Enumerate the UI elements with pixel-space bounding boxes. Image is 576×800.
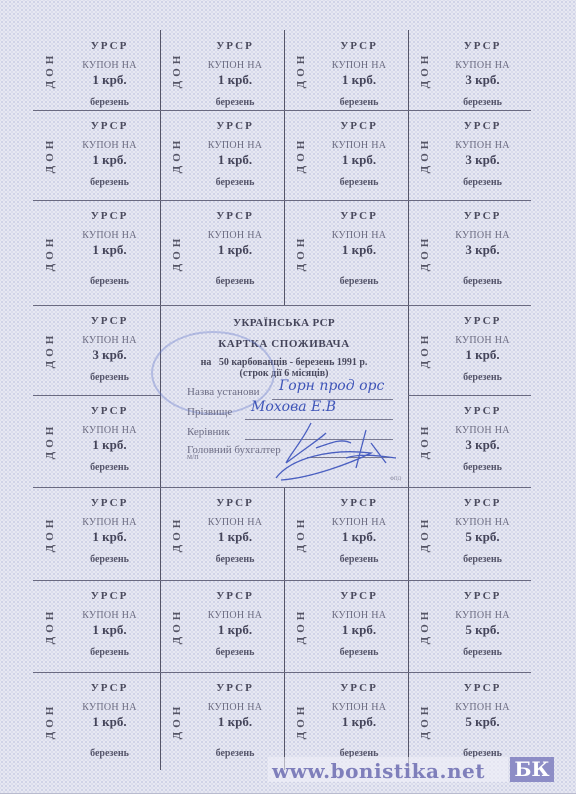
coupon-header: УРСР <box>314 590 404 602</box>
coupon-side-label: ДОН <box>419 218 431 288</box>
coupon-label: КУПОН НА <box>190 610 280 621</box>
coupon-amount: 1 крб. <box>314 622 404 638</box>
coupon-label: КУПОН НА <box>314 517 404 528</box>
coupon-header: УРСР <box>314 210 404 222</box>
coupon-amount: 1 крб. <box>63 152 156 168</box>
coupon: ДОНУРСРКУПОН НА1 крб.березень <box>41 110 160 200</box>
coupon-side-label: ДОН <box>419 499 431 569</box>
coupon-label: КУПОН НА <box>63 335 156 346</box>
coupon-label: КУПОН НА <box>314 610 404 621</box>
coupon-header: УРСР <box>190 40 280 52</box>
coupon-label: КУПОН НА <box>63 230 156 241</box>
coupon-header: УРСР <box>63 497 156 509</box>
coupon-month: березень <box>438 462 527 473</box>
coupon-side-label: ДОН <box>171 120 183 190</box>
handwritten-institution: Горн прод орс <box>279 378 384 394</box>
coupon-month: березень <box>438 97 527 108</box>
coupon-month: березень <box>314 97 404 108</box>
coupon-header: УРСР <box>190 120 280 132</box>
coupon-month: березень <box>190 97 280 108</box>
coupon: ДОНУРСРКУПОН НА1 крб.березень <box>168 30 284 110</box>
coupon-side-label: ДОН <box>44 591 56 661</box>
coupon-amount: 3 крб. <box>438 437 527 453</box>
coupon-header: УРСР <box>63 315 156 327</box>
coupon: ДОНУРСРКУПОН НА1 крб.березень <box>292 30 408 110</box>
watermark-badge: БК <box>510 757 554 782</box>
coupon-month: березень <box>314 177 404 188</box>
coupon-body: УРСРКУПОН НА1 крб.березень <box>63 30 156 110</box>
coupon-body: УРСРКУПОН НА1 крб.березень <box>314 30 404 110</box>
coupon: ДОНУРСРКУПОН НА1 крб.березень <box>168 487 284 580</box>
signature <box>271 418 401 488</box>
coupon-side-label: ДОН <box>295 120 307 190</box>
coupon-body: УРСРКУПОН НА1 крб.березень <box>63 395 156 487</box>
coupon-amount: 1 крб. <box>314 72 404 88</box>
coupon-header: УРСР <box>190 210 280 222</box>
consumer-card: УКРАЇНСЬКА РСР КАРТКА СПОЖИВАЧА на 50 ка… <box>161 306 407 486</box>
coupon: ДОНУРСРКУПОН НА1 крб.березень <box>41 395 160 487</box>
coupon-label: КУПОН НА <box>190 702 280 713</box>
coupon-side-label: ДОН <box>171 591 183 661</box>
print-code: ФПД <box>390 477 401 482</box>
coupon-month: березень <box>63 748 156 759</box>
coupon-label: КУПОН НА <box>190 140 280 151</box>
coupon: ДОНУРСРКУПОН НА3 крб.березень <box>416 110 531 200</box>
coupon-side-label: ДОН <box>295 35 307 105</box>
coupon-header: УРСР <box>438 210 527 222</box>
coupon-label: КУПОН НА <box>314 60 404 71</box>
coupon-label: КУПОН НА <box>438 425 527 436</box>
coupon-amount: 3 крб. <box>63 347 156 363</box>
coupon: ДОНУРСРКУПОН НА1 крб.березень <box>41 200 160 305</box>
coupon-body: УРСРКУПОН НА1 крб.березень <box>314 672 404 770</box>
coupon-body: УРСРКУПОН НА1 крб.березень <box>190 580 280 672</box>
coupon-label: КУПОН НА <box>190 517 280 528</box>
coupon-month: березень <box>63 177 156 188</box>
coupon-side-label: ДОН <box>44 686 56 756</box>
coupon-amount: 1 крб. <box>438 347 527 363</box>
coupon-side-label: ДОН <box>419 315 431 385</box>
coupon-month: березень <box>314 554 404 565</box>
coupon-body: УРСРКУПОН НА3 крб.березень <box>438 200 527 305</box>
coupon-label: КУПОН НА <box>63 702 156 713</box>
coupon-amount: 3 крб. <box>438 242 527 258</box>
coupon: ДОНУРСРКУПОН НА1 крб.березень <box>292 672 408 770</box>
coupon-label: КУПОН НА <box>438 140 527 151</box>
coupon-label: КУПОН НА <box>314 702 404 713</box>
coupon-label: КУПОН НА <box>190 60 280 71</box>
coupon-month: березень <box>438 177 527 188</box>
coupon-amount: 5 крб. <box>438 622 527 638</box>
coupon-month: березень <box>190 647 280 658</box>
coupon-month: березень <box>314 647 404 658</box>
coupon-body: УРСРКУПОН НА1 крб.березень <box>190 110 280 200</box>
coupon-side-label: ДОН <box>419 406 431 476</box>
coupon-amount: 1 крб. <box>314 152 404 168</box>
coupon-header: УРСР <box>438 315 527 327</box>
coupon-label: КУПОН НА <box>438 702 527 713</box>
coupon-side-label: ДОН <box>44 120 56 190</box>
field-label: Прізвище <box>187 406 232 418</box>
coupon-body: УРСРКУПОН НА5 крб.березень <box>438 580 527 672</box>
coupon: ДОНУРСРКУПОН НА1 крб.березень <box>41 672 160 770</box>
coupon-side-label: ДОН <box>171 499 183 569</box>
coupon: ДОНУРСРКУПОН НА5 крб.березень <box>416 580 531 672</box>
coupon-month: березень <box>190 177 280 188</box>
coupon-body: УРСРКУПОН НА1 крб.березень <box>63 200 156 305</box>
coupon-body: УРСРКУПОН НА1 крб.березень <box>63 672 156 770</box>
coupon-amount: 1 крб. <box>63 714 156 730</box>
coupon-side-label: ДОН <box>171 35 183 105</box>
coupon: ДОНУРСРКУПОН НА1 крб.березень <box>292 110 408 200</box>
coupon-amount: 1 крб. <box>314 714 404 730</box>
coupon-header: УРСР <box>63 210 156 222</box>
coupon: ДОНУРСРКУПОН НА1 крб.березень <box>168 200 284 305</box>
coupon-side-label: ДОН <box>419 120 431 190</box>
coupon-amount: 1 крб. <box>190 529 280 545</box>
coupon-amount: 1 крб. <box>190 242 280 258</box>
coupon-body: УРСРКУПОН НА1 крб.березень <box>190 487 280 580</box>
coupon-label: КУПОН НА <box>314 230 404 241</box>
coupon-month: березень <box>190 554 280 565</box>
coupon-amount: 1 крб. <box>190 152 280 168</box>
coupon-body: УРСРКУПОН НА1 крб.березень <box>63 487 156 580</box>
coupon-month: березень <box>63 276 156 287</box>
coupon-header: УРСР <box>314 40 404 52</box>
coupon: ДОНУРСРКУПОН НА1 крб.березень <box>41 580 160 672</box>
coupon-body: УРСРКУПОН НА1 крб.березень <box>314 487 404 580</box>
coupon: ДОНУРСРКУПОН НА1 крб.березень <box>292 200 408 305</box>
coupon-header: УРСР <box>438 590 527 602</box>
grid-line <box>408 30 409 770</box>
coupon: ДОНУРСРКУПОН НА5 крб.березень <box>416 487 531 580</box>
coupon-side-label: ДОН <box>171 218 183 288</box>
coupon-header: УРСР <box>438 682 527 694</box>
coupon-side-label: ДОН <box>295 591 307 661</box>
coupon-month: березень <box>63 647 156 658</box>
coupon: ДОНУРСРКУПОН НА1 крб.березень <box>168 672 284 770</box>
coupon-body: УРСРКУПОН НА1 крб.березень <box>190 200 280 305</box>
coupon-month: березень <box>438 372 527 383</box>
coupon: ДОНУРСРКУПОН НА1 крб.березень <box>416 305 531 395</box>
coupon-amount: 1 крб. <box>63 72 156 88</box>
coupon-body: УРСРКУПОН НА3 крб.березень <box>438 30 527 110</box>
coupon: ДОНУРСРКУПОН НА1 крб.березень <box>168 580 284 672</box>
grid-line <box>284 487 285 770</box>
coupon-header: УРСР <box>314 682 404 694</box>
coupon-side-label: ДОН <box>44 35 56 105</box>
coupon-header: УРСР <box>63 682 156 694</box>
field-label: Головний бухгалтер <box>187 444 281 456</box>
coupon-month: березень <box>438 276 527 287</box>
card-republic: УКРАЇНСЬКА РСР <box>161 317 407 329</box>
coupon: ДОНУРСРКУПОН НА3 крб.березень <box>416 200 531 305</box>
coupon-side-label: ДОН <box>44 499 56 569</box>
coupon-body: УРСРКУПОН НА5 крб.березень <box>438 672 527 770</box>
coupon-month: березень <box>314 276 404 287</box>
coupon-side-label: ДОН <box>295 686 307 756</box>
coupon-header: УРСР <box>63 405 156 417</box>
coupon-side-label: ДОН <box>44 406 56 476</box>
coupon-label: КУПОН НА <box>63 425 156 436</box>
coupon-month: березень <box>63 554 156 565</box>
coupon-header: УРСР <box>63 40 156 52</box>
coupon: ДОНУРСРКУПОН НА1 крб.березень <box>168 110 284 200</box>
coupon-body: УРСРКУПОН НА1 крб.березень <box>314 580 404 672</box>
coupon-body: УРСРКУПОН НА1 крб.березень <box>63 580 156 672</box>
watermark-url: www.bonistika.net <box>272 759 485 783</box>
coupon-header: УРСР <box>63 120 156 132</box>
coupon-amount: 3 крб. <box>438 72 527 88</box>
coupon-month: березень <box>63 97 156 108</box>
coupon: ДОНУРСРКУПОН НА1 крб.березень <box>41 30 160 110</box>
coupon-month: березень <box>190 276 280 287</box>
coupon-amount: 1 крб. <box>314 529 404 545</box>
coupon-label: КУПОН НА <box>314 140 404 151</box>
coupon-header: УРСР <box>438 40 527 52</box>
coupon-header: УРСР <box>438 405 527 417</box>
field-label: Керівник <box>187 426 230 438</box>
coupon-amount: 1 крб. <box>190 622 280 638</box>
coupon-label: КУПОН НА <box>63 517 156 528</box>
coupon-body: УРСРКУПОН НА5 крб.березень <box>438 487 527 580</box>
coupon-label: КУПОН НА <box>438 517 527 528</box>
coupon-label: КУПОН НА <box>438 230 527 241</box>
coupon-body: УРСРКУПОН НА1 крб.березень <box>190 672 280 770</box>
coupon-header: УРСР <box>314 120 404 132</box>
coupon: ДОНУРСРКУПОН НА3 крб.березень <box>41 305 160 395</box>
coupon-header: УРСР <box>190 497 280 509</box>
ration-coupon-sheet: ДОНУРСРКУПОН НА1 крб.березеньДОНУРСРКУПО… <box>0 0 576 800</box>
coupon-amount: 1 крб. <box>63 622 156 638</box>
coupon-month: березень <box>438 647 527 658</box>
coupon: ДОНУРСРКУПОН НА3 крб.березень <box>416 395 531 487</box>
coupon-body: УРСРКУПОН НА3 крб.березень <box>63 305 156 395</box>
coupon-label: КУПОН НА <box>190 230 280 241</box>
handwritten-surname: Мохова Е.В <box>251 399 336 415</box>
coupon-label: КУПОН НА <box>63 610 156 621</box>
coupon-amount: 1 крб. <box>63 529 156 545</box>
coupon-amount: 5 крб. <box>438 529 527 545</box>
field-label: Назва установи <box>187 386 260 398</box>
coupon-amount: 1 крб. <box>63 437 156 453</box>
coupon-body: УРСРКУПОН НА1 крб.березень <box>190 30 280 110</box>
coupon-month: березень <box>438 554 527 565</box>
coupon-header: УРСР <box>438 497 527 509</box>
coupon-body: УРСРКУПОН НА1 крб.березень <box>438 305 527 395</box>
coupon-header: УРСР <box>314 497 404 509</box>
coupon-label: КУПОН НА <box>438 335 527 346</box>
coupon-body: УРСРКУПОН НА3 крб.березень <box>438 110 527 200</box>
coupon-label: КУПОН НА <box>63 60 156 71</box>
coupon-side-label: ДОН <box>44 218 56 288</box>
coupon-side-label: ДОН <box>171 686 183 756</box>
coupon: ДОНУРСРКУПОН НА1 крб.березень <box>292 487 408 580</box>
coupon-month: березень <box>190 748 280 759</box>
coupon-amount: 5 крб. <box>438 714 527 730</box>
coupon: ДОНУРСРКУПОН НА3 крб.березень <box>416 30 531 110</box>
coupon-side-label: ДОН <box>295 499 307 569</box>
coupon-amount: 1 крб. <box>190 714 280 730</box>
coupon-side-label: ДОН <box>295 218 307 288</box>
coupon-side-label: ДОН <box>419 591 431 661</box>
coupon-body: УРСРКУПОН НА1 крб.березень <box>314 200 404 305</box>
coupon-side-label: ДОН <box>44 315 56 385</box>
coupon-side-label: ДОН <box>419 686 431 756</box>
coupon-body: УРСРКУПОН НА3 крб.березень <box>438 395 527 487</box>
coupon-amount: 3 крб. <box>438 152 527 168</box>
coupon-header: УРСР <box>190 682 280 694</box>
coupon-amount: 1 крб. <box>314 242 404 258</box>
grid-line <box>284 30 285 306</box>
coupon-side-label: ДОН <box>419 35 431 105</box>
coupon-header: УРСР <box>190 590 280 602</box>
coupon-label: КУПОН НА <box>438 610 527 621</box>
stamp-place-label: м/п <box>187 452 199 461</box>
coupon: ДОНУРСРКУПОН НА5 крб.березень <box>416 672 531 770</box>
coupon-month: березень <box>63 462 156 473</box>
coupon: ДОНУРСРКУПОН НА1 крб.березень <box>41 487 160 580</box>
coupon-header: УРСР <box>63 590 156 602</box>
coupon-label: КУПОН НА <box>438 60 527 71</box>
coupon-amount: 1 крб. <box>63 242 156 258</box>
coupon-month: березень <box>63 372 156 383</box>
coupon: ДОНУРСРКУПОН НА1 крб.березень <box>292 580 408 672</box>
coupon-body: УРСРКУПОН НА1 крб.березень <box>63 110 156 200</box>
coupon-label: КУПОН НА <box>63 140 156 151</box>
coupon-body: УРСРКУПОН НА1 крб.березень <box>314 110 404 200</box>
coupon-header: УРСР <box>438 120 527 132</box>
coupon-amount: 1 крб. <box>190 72 280 88</box>
